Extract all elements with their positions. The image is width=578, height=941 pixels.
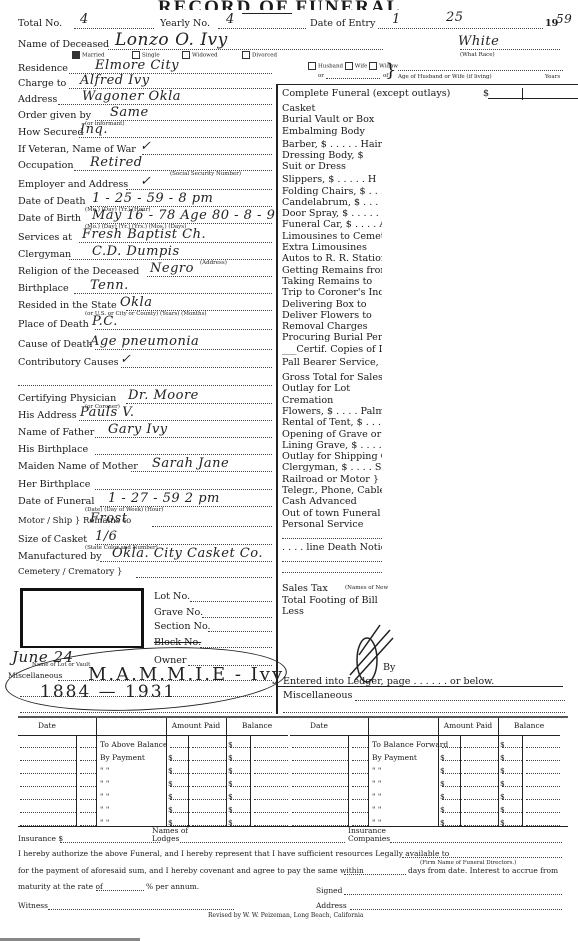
ledger-entry-field[interactable] [502, 773, 522, 774]
currency-symbol: $ [168, 779, 173, 788]
date-of-entry-field[interactable] [378, 28, 543, 29]
field-handwritten-value: 1 - 27 - 59 2 pm [108, 491, 220, 506]
ledger-entry-field[interactable] [526, 799, 560, 800]
date-of-entry-label: Date of Entry [310, 18, 375, 29]
charge-item-label: ___Certif. Copies of Death C [282, 344, 382, 355]
ledger-entry-field[interactable] [254, 812, 288, 813]
charge-item[interactable]: Cash Advanced [282, 496, 382, 507]
ledger-entry-field[interactable] [20, 760, 76, 761]
insurance-field[interactable] [60, 842, 160, 843]
charge-item[interactable]: Removal Charges [282, 321, 382, 332]
charge-item[interactable]: Outlay for Lot [282, 383, 382, 394]
currency-symbol: $ [228, 753, 233, 762]
charge-item[interactable]: . . . . line Death Notices in [282, 542, 382, 553]
ledger-entry-field[interactable] [254, 747, 288, 748]
currency-symbol: $ [500, 792, 505, 801]
charge-item[interactable]: Getting Remains from [282, 265, 382, 276]
charge-item[interactable]: Burial Vault or Box [282, 114, 382, 125]
ledger-entry-field[interactable] [192, 760, 226, 761]
ledger-row-label: " " [372, 779, 381, 788]
charge-item[interactable]: Slippers, $ . . . . . H [282, 174, 382, 185]
complete-funeral-amount-line[interactable] [488, 98, 578, 99]
charge-item-label: Funeral Car, $ . . . . An [282, 219, 382, 230]
complete-funeral-label: Complete Funeral (except outlays) [282, 88, 450, 99]
ledger-entry-field[interactable] [526, 747, 560, 748]
charge-item[interactable]: Cremation [282, 395, 382, 406]
field-handwritten-value: Negro [150, 261, 194, 276]
date-of-entry-day: 25 [446, 10, 464, 25]
currency-symbol: $ [440, 779, 445, 788]
charge-item-label: Removal Charges [282, 321, 368, 332]
charge-item-label: Slippers, $ . . . . . H [282, 174, 376, 185]
signed-label: Signed [316, 886, 342, 895]
field-handwritten-value: Fresh Baptist Ch. [82, 227, 206, 242]
charge-item-label: Casket [282, 103, 315, 114]
field-handwritten-value: ✓ [140, 139, 151, 154]
ledger-entry-field[interactable] [352, 773, 368, 774]
field-input-line[interactable] [18, 385, 272, 386]
spouse-age-line[interactable] [398, 70, 563, 71]
lodges-field[interactable] [180, 842, 345, 843]
ledger-entry-field[interactable] [192, 747, 226, 748]
payment-text-a: for the payment of aforesaid sum, and I … [18, 866, 364, 875]
ledger-entry-field[interactable] [502, 786, 522, 787]
charge-item-label: Outlay for Shipping Charg [282, 451, 382, 462]
yearly-no-field[interactable] [218, 28, 306, 29]
charge-item[interactable]: Pall Bearer Service, $ [282, 357, 382, 368]
ledger-entry-field[interactable] [80, 786, 96, 787]
charge-item[interactable] [282, 553, 382, 562]
charge-item[interactable]: Flowers, $ . . . . Palms, $ [282, 406, 382, 417]
charge-item-label: Suit or Dress [282, 161, 346, 172]
ledger-entry-field[interactable] [170, 760, 190, 761]
ledger-row-label: To Above Balance [100, 740, 167, 749]
ledger-entry-field[interactable] [230, 799, 250, 800]
currency-symbol: $ [228, 805, 233, 814]
charge-item[interactable]: Casket [282, 103, 382, 114]
charge-item[interactable]: Taking Remains to [282, 276, 382, 287]
field-label: Clergyman [18, 249, 71, 260]
charge-item-label: Autos to R. R. Station [282, 253, 382, 264]
payment-text-b: days from date. Interest to accrue from [408, 866, 558, 875]
charge-item[interactable]: ___Certif. Copies of Death C [282, 344, 382, 355]
date-of-entry-month: 1 [392, 12, 401, 27]
currency-symbol: $ [228, 740, 233, 749]
ledger-column-divider [166, 718, 167, 826]
ledger-entry-field[interactable] [442, 773, 462, 774]
widowed-checkbox[interactable] [182, 51, 190, 59]
charge-item-label: Personal Service [282, 519, 363, 530]
ledger-column-header: Amount Paid [438, 721, 498, 730]
ledger-entry-field[interactable] [170, 786, 190, 787]
age-spouse-caption: Age of Husband or Wife (if living) [398, 74, 492, 80]
maturity-text-b: % per annum. [146, 882, 199, 891]
ledger-entry-field[interactable] [464, 812, 498, 813]
field-label: Religion of the Deceased [18, 266, 139, 277]
field-input-line[interactable] [74, 293, 272, 294]
currency-symbol: $ [228, 766, 233, 775]
lodges-label-2: Lodges [152, 834, 179, 843]
spouse-or-field[interactable] [326, 78, 380, 79]
field-input-line[interactable] [126, 189, 272, 190]
authorize-text: I hereby authorize the above Funeral, an… [18, 849, 449, 858]
yearly-no-label: Yearly No. [160, 18, 210, 29]
maturity-text-a: maturity at the rate of [18, 882, 103, 891]
field-handwritten-value: Gary Ivy [108, 422, 168, 437]
ledger-entry-field[interactable] [464, 773, 498, 774]
ledger-entry-field[interactable] [254, 799, 288, 800]
ledger-entry-field[interactable] [20, 812, 76, 813]
charge-item[interactable]: Total Footing of Bill [282, 595, 382, 606]
ledger-entry-field[interactable] [80, 799, 96, 800]
charge-item[interactable]: Extra Limousines [282, 242, 382, 253]
ledger-entry-field[interactable] [442, 747, 462, 748]
field-handwritten-value: Frost [90, 511, 127, 526]
currency-symbol: $ [440, 792, 445, 801]
charge-item-label: Cash Advanced [282, 496, 357, 507]
currency-symbol: $ [500, 766, 505, 775]
ledger-entry-field[interactable] [526, 760, 560, 761]
race-field[interactable] [460, 49, 560, 50]
name-of-deceased-label: Name of Deceased [18, 39, 109, 50]
charge-item-label: Cremation [282, 395, 333, 406]
charge-item-label: Lining Grave, $ . . . . Lov [282, 440, 382, 451]
charge-item-label: Door Spray, $ . . . . . G [282, 208, 382, 219]
field-label: Address [18, 94, 57, 105]
marital-divorced[interactable]: Divorced [242, 51, 277, 59]
grave-no-label: Grave No. [154, 607, 203, 618]
ledger-column-divider [226, 718, 227, 826]
charge-item[interactable]: Gross Total for Sales Tax [282, 372, 382, 383]
charge-item[interactable]: Lining Grave, $ . . . . Lov [282, 440, 382, 451]
field-input-line[interactable] [147, 276, 272, 277]
field-label: Employer and Address [18, 179, 128, 190]
field-label: Date of Birth [18, 213, 81, 224]
ledger-row-label: By Payment [372, 753, 417, 762]
interest-rate-field[interactable] [96, 890, 144, 891]
ledger-entry-field[interactable] [352, 799, 368, 800]
charge-item[interactable]: Procuring Burial Permit [282, 332, 382, 343]
field-label: Birthplace [18, 283, 69, 294]
days-field[interactable] [344, 874, 406, 875]
field-input-line[interactable] [142, 154, 272, 155]
ledger-entry-field[interactable] [502, 747, 522, 748]
field-input-line[interactable] [95, 454, 272, 455]
ledger-entry-field[interactable] [502, 812, 522, 813]
field-input-line[interactable] [95, 437, 272, 438]
charge-item-label: Folding Chairs, $ . . . . T [282, 186, 382, 197]
field-handwritten-value: 1 - 25 - 59 - 8 pm [92, 191, 213, 206]
ledger-entry-field[interactable] [192, 812, 226, 813]
charge-item[interactable]: Autos to R. R. Station [282, 253, 382, 264]
charge-item-label: Sales Tax [282, 583, 328, 594]
charge-item[interactable] [282, 564, 382, 573]
charges-column-top [276, 84, 578, 85]
ledger-entry-field[interactable] [442, 812, 462, 813]
ledger-entry-field[interactable] [292, 747, 348, 748]
charge-item[interactable]: Suit or Dress [282, 161, 382, 172]
ledger-entry-field[interactable] [170, 812, 190, 813]
ledger-entry-field[interactable] [292, 760, 348, 761]
field-input-line[interactable] [152, 526, 272, 527]
charge-item-label: Clergyman, $ . . . . Singers, [282, 462, 382, 473]
charge-item-label: Procuring Burial Permit [282, 332, 382, 343]
field-input-line[interactable] [131, 471, 272, 472]
total-no-label: Total No. [18, 18, 62, 29]
ledger-entry-field[interactable] [464, 760, 498, 761]
ledger-entry-field[interactable] [502, 760, 522, 761]
ledger-entry-field[interactable] [292, 812, 348, 813]
ledger-entry-field[interactable] [526, 812, 560, 813]
signature-scrawl [345, 620, 395, 690]
charge-item-label: Burial Vault or Box [282, 114, 374, 125]
ledger-entry-field[interactable] [292, 786, 348, 787]
charge-item-label: Embalming Body [282, 126, 365, 137]
ledger-entry-field[interactable] [80, 773, 96, 774]
address-field[interactable] [350, 909, 562, 910]
charge-item[interactable]: Outlay for Shipping Charg [282, 451, 382, 462]
ledger-entry-field[interactable] [442, 799, 462, 800]
witness-field[interactable] [48, 909, 234, 910]
field-caption: (Address) [200, 260, 227, 266]
firm-name-field[interactable] [402, 857, 562, 858]
ledger-subcolumn-divider [250, 736, 251, 826]
ledger-entry-field[interactable] [192, 773, 226, 774]
ledger-row-label: By Payment [100, 753, 145, 762]
charge-item[interactable]: Dressing Body, $ [282, 150, 382, 161]
field-input-line[interactable] [95, 489, 272, 490]
ledger-entry-field[interactable] [230, 786, 250, 787]
charge-item[interactable]: Clergyman, $ . . . . Singers, [282, 462, 382, 473]
charge-item[interactable]: Funeral Car, $ . . . . An [282, 219, 382, 230]
ledger-entry-field[interactable] [352, 812, 368, 813]
charge-item-label: Telegr., Phone, Cable or R [282, 485, 382, 496]
ledger-entry-field[interactable] [170, 773, 190, 774]
ledger-entry-field[interactable] [502, 799, 522, 800]
charge-item[interactable]: Telegr., Phone, Cable or R [282, 485, 382, 496]
total-no-field[interactable] [74, 28, 154, 29]
date-of-entry-year: 59 [556, 12, 572, 26]
ledger-entry-field[interactable] [20, 747, 76, 748]
field-input-line[interactable] [126, 403, 272, 404]
field-handwritten-value: May 16 - 78 Age 80 - 8 - 9 [92, 208, 275, 223]
ledger-entry-field[interactable] [464, 786, 498, 787]
charge-item[interactable]: Delivering Box to [282, 299, 382, 310]
ledger-column-divider [368, 718, 369, 826]
ledger-entry-field[interactable] [254, 773, 288, 774]
field-input-line[interactable] [79, 137, 272, 138]
field-handwritten-value: ✓ [140, 174, 151, 189]
charge-item[interactable]: Candelabrum, $ . . . . C [282, 197, 382, 208]
ledger-entry-field[interactable] [20, 799, 76, 800]
spouse-or: or [318, 73, 324, 79]
lot-no-field[interactable] [190, 601, 272, 602]
currency-symbol: $ [500, 779, 505, 788]
charge-item-label: Limousines to Cemetery [282, 231, 382, 242]
ledger-header-line [18, 735, 288, 736]
field-label: Certifying Physician [18, 393, 116, 404]
ledger-column-header: Balance [226, 721, 288, 730]
grave-no-field[interactable] [202, 617, 272, 618]
ledger-row-label: " " [100, 792, 109, 801]
charge-item-label: Less [282, 606, 304, 617]
ledger-entry-field[interactable] [230, 812, 250, 813]
ledger-entry-field[interactable] [80, 760, 96, 761]
marital-widowed[interactable]: Widowed [182, 51, 218, 59]
field-label: Size of Casket [18, 534, 87, 545]
name-of-deceased-value: Lonzo O. Ivy [115, 30, 228, 50]
charge-item[interactable]: Rental of Tent, $ . . . of Te [282, 417, 382, 428]
field-handwritten-value: Age pneumonia [90, 334, 199, 349]
ledger-entry-field[interactable] [170, 747, 190, 748]
ledger-entry-field[interactable] [352, 760, 368, 761]
field-label: How Secured [18, 127, 84, 138]
ledger-column-divider [498, 718, 499, 826]
ledger-entry-field[interactable] [170, 799, 190, 800]
field-label: Services at [18, 232, 72, 243]
field-label: His Address [18, 410, 77, 421]
charge-item-label: Out of town Funeral Dire [282, 508, 382, 519]
ledger-entry-field[interactable] [192, 786, 226, 787]
signed-field[interactable] [344, 894, 562, 895]
ledger-entry-field[interactable] [464, 747, 498, 748]
charge-item-label: Gross Total for Sales Tax [282, 372, 382, 383]
ledger-entry-field[interactable] [254, 760, 288, 761]
ledger-entry-field[interactable] [292, 799, 348, 800]
charge-item[interactable]: Trip to Coroner's Inquest [282, 287, 382, 298]
charges-misc-field-2[interactable] [283, 712, 565, 713]
field-handwritten-value: 1/6 [95, 529, 117, 544]
ledger-entry-field[interactable] [230, 773, 250, 774]
field-label: Resided in the State [18, 300, 117, 311]
charge-item[interactable]: Barber, $ . . . . . Hair [282, 139, 382, 150]
ledger-entry-field[interactable] [80, 747, 96, 748]
ins-companies-field[interactable] [390, 842, 562, 843]
charge-item[interactable]: Personal Service [282, 519, 382, 530]
charge-item-label: Delivering Box to [282, 299, 367, 310]
ledger-entry-field[interactable] [230, 747, 250, 748]
field-input-line[interactable] [100, 561, 272, 562]
field-input-line[interactable] [136, 577, 272, 578]
race-value: White [458, 34, 499, 49]
field-input-line[interactable] [79, 420, 272, 421]
field-label: Cemetery / Crematory } [18, 567, 122, 578]
field-input-line[interactable] [79, 242, 272, 243]
currency-symbol: $ [500, 740, 505, 749]
ledger-column-divider [96, 718, 97, 826]
divorced-checkbox[interactable] [242, 51, 250, 59]
husband-checkbox[interactable] [308, 62, 316, 70]
field-handwritten-value: Dr. Moore [128, 388, 199, 403]
currency-symbol: $ [440, 805, 445, 814]
ledger-entry-field[interactable] [292, 773, 348, 774]
charge-item-label: Flowers, $ . . . . Palms, $ [282, 406, 382, 417]
married-checkbox[interactable] [72, 51, 80, 59]
charge-item[interactable]: Railroad or Motor } Tickets, $ [282, 474, 382, 485]
ledger-entry-field[interactable] [352, 747, 368, 748]
charges-misc-label: Miscellaneous [283, 690, 352, 701]
field-input-line[interactable] [69, 259, 272, 260]
charge-item-label: Trip to Coroner's Inquest [282, 287, 382, 298]
cemetery-misc-field-3[interactable] [20, 712, 272, 713]
ledger-entry-field[interactable] [442, 786, 462, 787]
ledger-entry-field[interactable] [442, 760, 462, 761]
ledger-entry-field[interactable] [526, 773, 560, 774]
ledger-entry-field[interactable] [254, 786, 288, 787]
charge-item[interactable]: Limousines to Cemetery [282, 231, 382, 242]
field-handwritten-value: Same [110, 105, 149, 120]
wife-checkbox[interactable] [345, 62, 353, 70]
ledger-row-label: " " [100, 805, 109, 814]
charge-item[interactable]: Deliver Flowers to [282, 310, 382, 321]
field-input-line[interactable] [58, 104, 272, 105]
currency-symbol: $ [168, 753, 173, 762]
ledger-column-header: Date [290, 721, 348, 730]
ledger-entry-field[interactable] [20, 773, 76, 774]
field-label: His Birthplace [18, 444, 88, 455]
field-input-line[interactable] [95, 349, 272, 350]
ledger-top-line [18, 716, 568, 718]
field-label: Place of Death [18, 319, 89, 330]
ledger-subcolumn-divider [348, 736, 349, 826]
footer-credit: Revised by W. W. Peizeman, Long Beach, C… [208, 912, 364, 919]
currency-symbol: $ [500, 753, 505, 762]
ledger-row-label: " " [372, 805, 381, 814]
currency-symbol: $ [440, 766, 445, 775]
newspaper-caption: (Names of New [345, 585, 388, 591]
charge-item[interactable] [282, 530, 382, 539]
charge-item[interactable]: Folding Chairs, $ . . . . T [282, 186, 382, 197]
witness-label: Witness [18, 901, 48, 910]
ledger-entry-field[interactable] [192, 799, 226, 800]
charge-item-label: Extra Limousines [282, 242, 367, 253]
ledger-entry-field[interactable] [230, 760, 250, 761]
ledger-row-label: " " [372, 766, 381, 775]
ledger-entry-field[interactable] [526, 786, 560, 787]
charge-item-label: Railroad or Motor } Tickets, $ [282, 474, 382, 485]
charge-item[interactable]: Less [282, 606, 382, 617]
charge-item-label: Total Footing of Bill [282, 595, 378, 606]
charge-item[interactable]: Out of town Funeral Dire [282, 508, 382, 519]
charge-item-label: Taking Remains to [282, 276, 372, 287]
field-label: Cause of Death [18, 339, 92, 350]
field-input-line[interactable] [121, 367, 272, 368]
field-label: Date of Funeral [18, 496, 94, 507]
widow-checkbox[interactable] [369, 62, 377, 70]
complete-funeral-divider [522, 88, 523, 100]
field-input-line[interactable] [95, 329, 272, 330]
charge-item[interactable]: Door Spray, $ . . . . . G [282, 208, 382, 219]
title-underline [242, 13, 292, 14]
charges-misc-field[interactable] [355, 700, 565, 701]
field-label: Date of Death [18, 196, 86, 207]
charges-column-border [276, 84, 278, 714]
ledger-entry-field[interactable] [20, 786, 76, 787]
ledger-column-header: Amount Paid [166, 721, 226, 730]
field-handwritten-value: Elmore City [95, 58, 179, 73]
charge-item-label: Rental of Tent, $ . . . of Te [282, 417, 382, 428]
ledger-subcolumn-divider [76, 736, 77, 826]
charge-item[interactable]: Opening of Grave or Tom [282, 429, 382, 440]
address-label: Address [316, 901, 347, 910]
ledger-entry-field[interactable] [352, 786, 368, 787]
ledger-entry-field[interactable] [464, 799, 498, 800]
field-handwritten-value: Retired [90, 155, 143, 170]
section-no-field[interactable] [208, 631, 272, 632]
ledger-entry-field[interactable] [80, 812, 96, 813]
ledger-row-label: " " [100, 766, 109, 775]
charge-item[interactable]: Embalming Body [282, 126, 382, 137]
